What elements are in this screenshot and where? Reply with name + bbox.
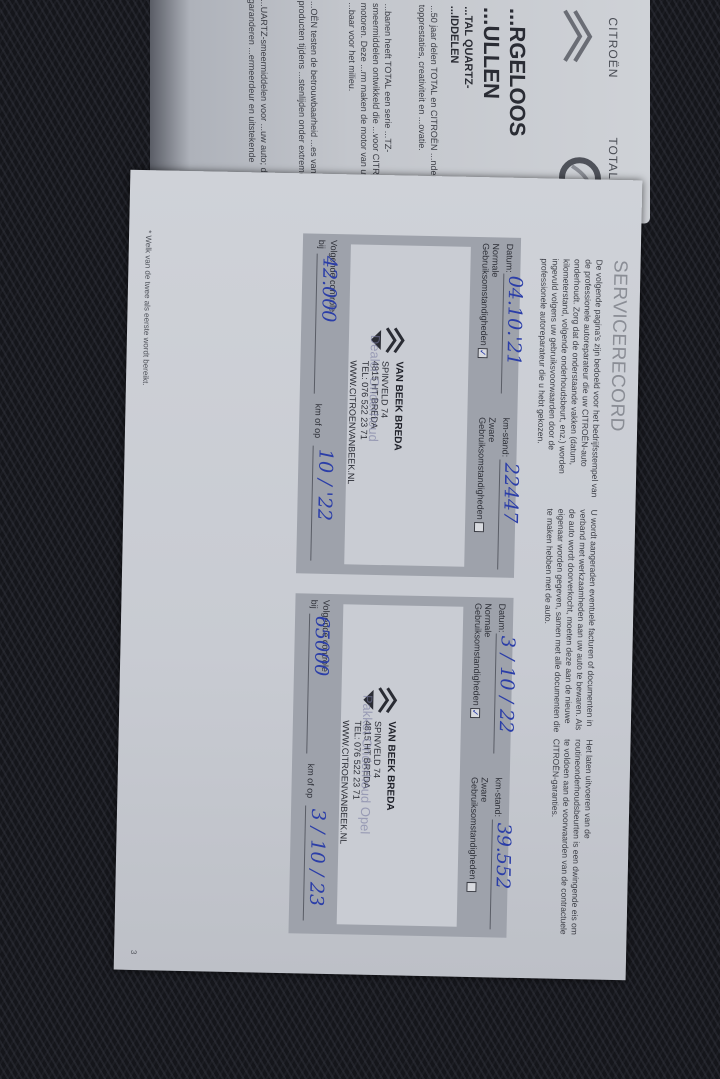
normale-label: Normale	[490, 243, 501, 277]
service-entry-2: Datum: 3 / 10 / 22 km-stand: 39.552 Norm…	[288, 593, 513, 937]
zware-conditions-label: Gebruiksomstandigheden	[467, 777, 480, 892]
total-brand-text: TOTAL	[606, 137, 620, 180]
km-stand-label: km-stand:	[500, 418, 511, 458]
servicerecord-page: SERVICERECORD De volgende pagina's zijn …	[114, 170, 643, 981]
datum-value: 3 / 10 / 22	[495, 636, 519, 734]
dealer-stamp-area: VAN BEEK BREDA SPINVELD 74 4815 HT BREDA…	[337, 604, 464, 926]
dealer-overlay-text: Dealer Onderhoud	[366, 335, 383, 442]
zware-checkbox[interactable]	[474, 522, 484, 532]
footnote: * Welk van de twee als eerste wordt bere…	[141, 230, 153, 386]
dealer-website: WWW.CITROENVANBEEK.NL	[346, 360, 359, 484]
normale-label: Normale	[483, 603, 494, 637]
zware-label: Zware	[487, 417, 498, 442]
zware-conditions-label: Gebruiksomstandigheden	[474, 417, 487, 532]
volgende-km-value: 42.000	[317, 256, 340, 323]
volgende-datum-value: 3 / 10 / 23	[305, 809, 329, 907]
service-entry-1: Datum: 04.10.'21 km-stand: 22447 Normale…	[296, 233, 521, 577]
left-heading-1: ...RGELOOS	[504, 8, 530, 137]
normale-checkbox[interactable]: ✓	[470, 708, 480, 718]
left-subheading-1: ...TAL QUARTZ-	[462, 6, 474, 89]
km-stand-label: km-stand:	[493, 777, 504, 817]
bij-label: bij	[309, 600, 319, 609]
zware-label: Zware	[479, 777, 490, 802]
intro-text-1: De volgende pagina's zijn bedoeld voor h…	[534, 258, 605, 499]
citroen-chevrons-icon	[560, 6, 600, 67]
citroen-brand-text: CITROËN	[606, 17, 620, 78]
zware-checkbox[interactable]	[467, 882, 477, 892]
normale-checkbox[interactable]: ✓	[478, 348, 488, 358]
normale-conditions-label: Gebruiksomstandigheden✓	[478, 243, 491, 358]
page-number: 3	[129, 950, 138, 955]
left-heading-2: ...ULLEN	[478, 7, 504, 100]
km-of-op-label: km of op	[313, 404, 324, 439]
dealer-website: WWW.CITROENVANBEEK.NL	[338, 720, 351, 844]
bij-label: bij	[317, 240, 327, 249]
dealer-name: VAN BEEK BREDA	[384, 721, 397, 810]
km-stand-value: 22447	[499, 463, 522, 524]
page-title: SERVICERECORD	[605, 260, 631, 432]
dealer-name: VAN BEEK BREDA	[392, 361, 405, 450]
normale-conditions-label: Gebruiksomstandigheden✓	[470, 603, 483, 718]
datum-label: Datum:	[497, 604, 508, 633]
datum-label: Datum:	[504, 244, 515, 273]
km-stand-value: 39.552	[491, 822, 514, 889]
intro-text-3: Het laten uitvoeren van de routineonderh…	[546, 739, 594, 940]
datum-value: 04.10.'21	[502, 276, 526, 366]
km-of-op-label: km of op	[305, 764, 316, 799]
volgende-km-value: 65000	[310, 616, 333, 677]
dealer-overlay-text: Pakket Onderhoud Opel	[358, 695, 376, 835]
volgende-datum-value: 10 / '22	[313, 449, 337, 522]
servicerecord-content: SERVICERECORD De volgende pagina's zijn …	[114, 170, 643, 981]
intro-text-2: U wordt aangeraden eventuele facturen of…	[540, 508, 600, 739]
left-subheading-2: ...IDDELEN	[448, 6, 460, 64]
dealer-stamp-area: VAN BEEK BREDA SPINVELD 74 4815 HT BREDA…	[344, 244, 471, 566]
